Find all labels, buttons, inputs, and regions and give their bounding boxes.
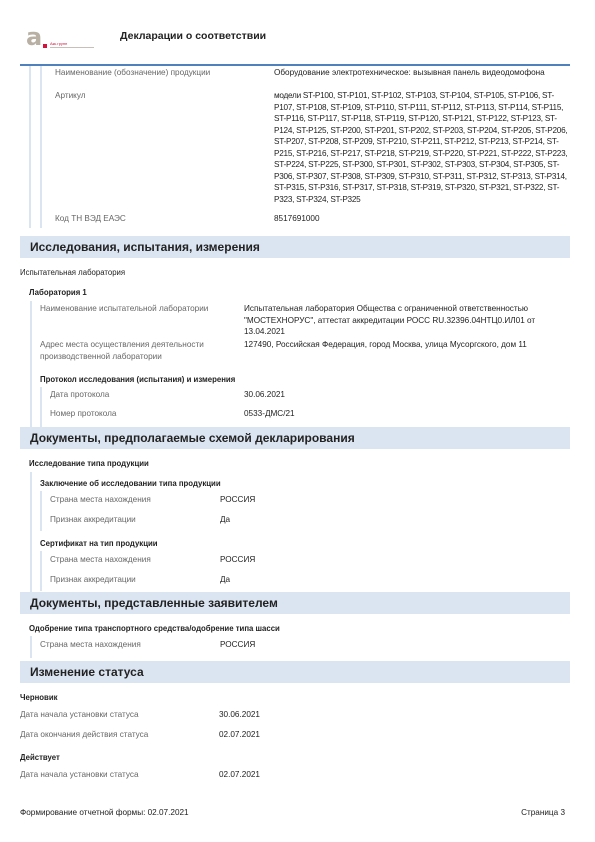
section-research-title: Исследования, испытания, измерения bbox=[30, 240, 260, 254]
product-tnved-row: Код ТН ВЭД ЕАЭС 8517691000 bbox=[55, 213, 575, 225]
lab-title: Лаборатория 1 bbox=[29, 288, 87, 297]
section-applicant-docs-title: Документы, представленные заявителем bbox=[30, 596, 278, 610]
active-start-value: 02.07.2021 bbox=[219, 769, 260, 781]
scheme-outer-border bbox=[30, 472, 32, 592]
conclusion-country-row: Страна места нахождения РОССИЯ bbox=[50, 494, 255, 506]
certificate-accreditation-row: Признак аккредитации Да bbox=[50, 574, 230, 586]
inner-border bbox=[40, 66, 42, 228]
document-title: Декларации о соответствии bbox=[120, 30, 266, 42]
product-type-research-title: Исследование типа продукции bbox=[29, 459, 149, 468]
logo-text: Акк.групп bbox=[50, 41, 67, 46]
product-article-label: Артикул bbox=[55, 90, 274, 205]
report-generated-date: Формирование отчетной формы: 02.07.2021 bbox=[20, 808, 189, 817]
product-tnved-label: Код ТН ВЭД ЕАЭС bbox=[55, 213, 274, 225]
lab-group-title: Испытательная лаборатория bbox=[20, 268, 125, 277]
lab-address-row: Адрес места осуществления деятельности п… bbox=[40, 339, 575, 362]
draft-start-value: 30.06.2021 bbox=[219, 709, 260, 721]
certificate-border bbox=[40, 551, 42, 591]
protocol-date-row: Дата протокола 30.06.2021 bbox=[50, 389, 285, 401]
draft-start-label: Дата начала установки статуса bbox=[20, 709, 219, 721]
company-logo: a Акк.групп bbox=[26, 27, 96, 51]
conclusion-title: Заключение об исследовании типа продукци… bbox=[40, 479, 221, 488]
section-scheme-docs: Документы, предполагаемые схемой деклари… bbox=[20, 427, 570, 449]
applicant-country-row: Страна места нахождения РОССИЯ bbox=[40, 639, 255, 651]
lab-address-value: 127490, Российская Федерация, город Моск… bbox=[244, 339, 569, 362]
active-status-title: Действует bbox=[20, 753, 60, 762]
conclusion-accreditation-label: Признак аккредитации bbox=[50, 514, 220, 526]
draft-end-label: Дата окончания действия статуса bbox=[20, 729, 219, 741]
lab-name-row: Наименование испытательной лаборатории И… bbox=[40, 303, 575, 338]
conclusion-country-value: РОССИЯ bbox=[220, 494, 255, 506]
logo-letter-icon: a bbox=[26, 27, 42, 47]
conclusion-country-label: Страна места нахождения bbox=[50, 494, 220, 506]
applicant-country-value: РОССИЯ bbox=[220, 639, 255, 651]
draft-end-row: Дата окончания действия статуса 02.07.20… bbox=[20, 729, 260, 741]
section-research: Исследования, испытания, измерения bbox=[20, 236, 570, 258]
product-tnved-value: 8517691000 bbox=[274, 213, 320, 225]
section-status: Изменение статуса bbox=[20, 661, 570, 683]
protocol-number-value: 0533-ДМС/21 bbox=[244, 408, 295, 420]
logo-dot-icon bbox=[43, 44, 47, 48]
lab-name-value: Испытательная лаборатория Общества с огр… bbox=[244, 303, 569, 338]
certificate-accreditation-value: Да bbox=[220, 574, 230, 586]
protocol-number-label: Номер протокола bbox=[50, 408, 244, 420]
section-applicant-docs: Документы, представленные заявителем bbox=[20, 592, 570, 614]
conclusion-accreditation-row: Признак аккредитации Да bbox=[50, 514, 230, 526]
section-scheme-docs-title: Документы, предполагаемые схемой деклари… bbox=[30, 431, 355, 445]
protocol-border bbox=[40, 387, 42, 427]
draft-start-row: Дата начала установки статуса 30.06.2021 bbox=[20, 709, 260, 721]
product-article-value: модели ST-P100, ST-P101, ST-P102, ST-P10… bbox=[274, 90, 574, 205]
conclusion-border bbox=[40, 491, 42, 531]
certificate-country-label: Страна места нахождения bbox=[50, 554, 220, 566]
vehicle-approval-title: Одобрение типа транспортного средства/од… bbox=[29, 624, 280, 633]
active-start-label: Дата начала установки статуса bbox=[20, 769, 219, 781]
logo-subline bbox=[50, 47, 94, 48]
section-status-title: Изменение статуса bbox=[30, 665, 144, 679]
applicant-border bbox=[30, 636, 32, 658]
certificate-country-row: Страна места нахождения РОССИЯ bbox=[50, 554, 255, 566]
certificate-country-value: РОССИЯ bbox=[220, 554, 255, 566]
draft-end-value: 02.07.2021 bbox=[219, 729, 260, 741]
protocol-title: Протокол исследования (испытания) и изме… bbox=[40, 375, 235, 384]
header-rule bbox=[20, 64, 570, 66]
applicant-country-label: Страна места нахождения bbox=[40, 639, 220, 651]
protocol-date-value: 30.06.2021 bbox=[244, 389, 285, 401]
outer-border bbox=[29, 66, 31, 228]
active-start-row: Дата начала установки статуса 02.07.2021 bbox=[20, 769, 260, 781]
lab-name-label: Наименование испытательной лаборатории bbox=[40, 303, 244, 338]
lab-border bbox=[30, 301, 32, 427]
product-name-label: Наименование (обозначение) продукции bbox=[55, 67, 274, 79]
certificate-title: Сертификат на тип продукции bbox=[40, 539, 158, 548]
protocol-date-label: Дата протокола bbox=[50, 389, 244, 401]
product-article-row: Артикул модели ST-P100, ST-P101, ST-P102… bbox=[55, 90, 575, 205]
product-name-value: Оборудование электротехническое: вызывна… bbox=[274, 67, 574, 79]
product-name-row: Наименование (обозначение) продукции Обо… bbox=[55, 67, 575, 79]
draft-status-title: Черновик bbox=[20, 693, 58, 702]
lab-address-label: Адрес места осуществления деятельности п… bbox=[40, 339, 244, 362]
page-number: Страница 3 bbox=[521, 808, 565, 817]
protocol-number-row: Номер протокола 0533-ДМС/21 bbox=[50, 408, 295, 420]
certificate-accreditation-label: Признак аккредитации bbox=[50, 574, 220, 586]
conclusion-accreditation-value: Да bbox=[220, 514, 230, 526]
